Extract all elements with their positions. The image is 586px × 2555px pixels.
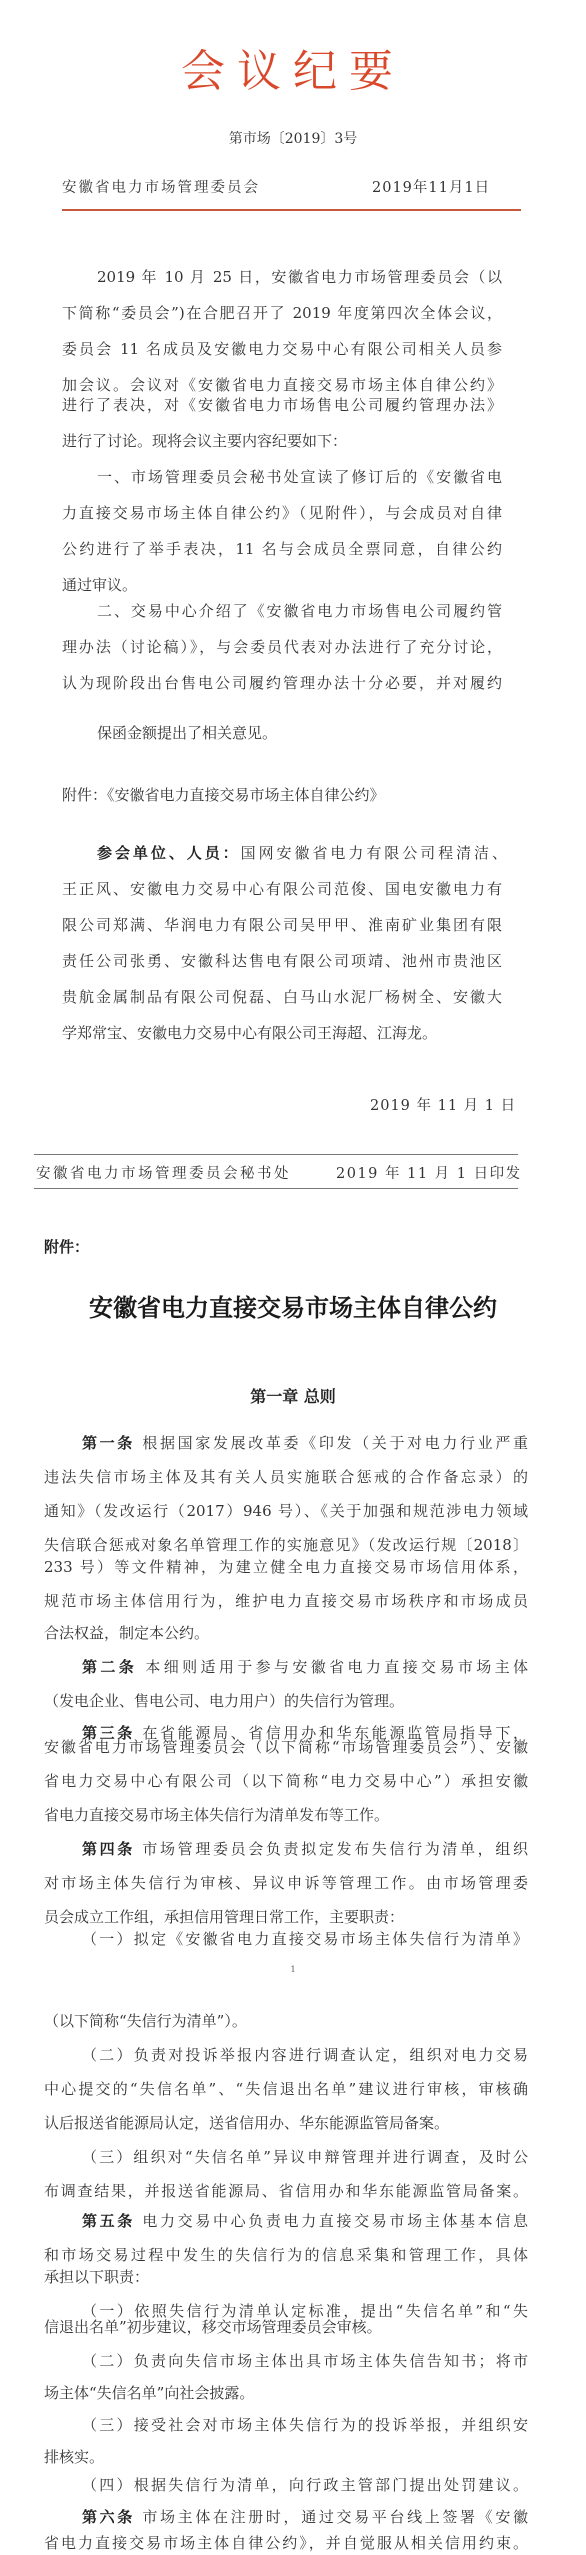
- article-3-line: 省电力交易中心有限公司（以下简称“电力交易中心”）承担安徽: [44, 1770, 528, 1792]
- attachment-note: 附件：《安徽省电力直接交易市场主体自律公约》: [62, 784, 502, 806]
- document-number: 第市场〔2019〕3号: [0, 128, 586, 148]
- article-6-line: 省电力直接交易市场主体自律公约》，并自觉服从相关信用约束。: [44, 2532, 528, 2554]
- article-5-line: 承担以下职责：: [44, 2266, 528, 2288]
- article-5-item-2: 场主体“失信名单”向社会披露。: [44, 2382, 528, 2404]
- attendees-text: 国网安徽省电力有限公司程清洁、: [241, 844, 507, 862]
- footer-issuer: 安徽省电力市场管理委员会秘书处: [36, 1162, 291, 1183]
- article-4-item-3: 布调查结果，并报送省能源局、省信用办和华东能源监管局备案。: [44, 2180, 528, 2202]
- article-1-line: 第一条 根据国家发展改革委《印发（关于对电力行业严重: [82, 1432, 528, 1454]
- article-5-item-4: （四）根据失信行为清单，向行政主管部门提出处罚建议。: [82, 2474, 528, 2496]
- item1-line: 通过审议。: [62, 574, 502, 596]
- article-4-line: 员会成立工作组，承担信用管理日常工作，主要职责：: [44, 1906, 528, 1928]
- article-1-line: 规范市场主体信用行为，维护电力直接交易市场秩序和市场成员: [44, 1590, 528, 1612]
- footer-issue-date: 2019 年 11 月 1 日印发: [336, 1162, 522, 1183]
- page-number: 1: [0, 1965, 586, 1974]
- article-4-item-2: 认后报送省能源局认定，送省信用办、华东能源监管局备案。: [44, 2112, 528, 2134]
- attachment-title: 安徽省电力直接交易市场主体自律公约: [0, 1288, 586, 1323]
- item2-line: 理办法（讨论稿）》，与会委员代表对办法进行了充分讨论，: [62, 636, 502, 658]
- attendees-line: 责任公司张勇、安徽科达售电有限公司项靖、池州市贵池区: [62, 950, 502, 972]
- attendees-line: 学郑常宝、安徽电力交易中心有限公司王海超、江海龙。: [62, 1022, 502, 1044]
- article-3-line: 省电力直接交易市场主体失信行为清单发布等工作。: [44, 1804, 528, 1826]
- item2-line: 认为现阶段出台售电公司履约管理办法十分必要，并对履约: [62, 672, 502, 694]
- attendees-label: 参会单位、人员：: [97, 844, 241, 862]
- article-4-item-1: （一）拟定《安徽省电力直接交易市场主体失信行为清单》: [82, 1928, 528, 1950]
- article-1-line: 失信联合惩戒对象名单管理工作的实施意见》（发改运行规〔2018〕: [44, 1534, 528, 1556]
- article-1-line: 通知》（发改运行（2017）946 号）、《关于加强和规范涉电力领域: [44, 1500, 528, 1522]
- intro-line: 2019 年 10 月 25 日，安徽省电力市场管理委员会（以: [97, 266, 502, 288]
- article-6-heading: 第六条: [82, 2508, 135, 2526]
- article-4-item-3: （三）组织对“失信名单”异议申辩管理并进行调查，及时公: [82, 2146, 528, 2168]
- article-3-line: 安徽省电力市场管理委员会（以下简称“市场管理委员会”）、安徽: [44, 1736, 528, 1758]
- article-4-item-1: （以下简称“失信行为清单”）。: [44, 2010, 528, 2032]
- intro-line: 加会议。会议对《安徽省电力直接交易市场主体自律公约》: [62, 374, 502, 396]
- article-1-line: 233 号）等文件精神，为建立健全电力直接交易市场信用体系，: [44, 1556, 528, 1578]
- article-5-line: 和市场交易过程中发生的失信行为的信息采集和管理工作，具体: [44, 2244, 528, 2266]
- article-4-item-2: 中心提交的“失信名单”、“失信退出名单”建议进行审核，审核确: [44, 2078, 528, 2100]
- document-title: 会议纪要: [0, 44, 586, 100]
- intro-line: 进行了讨论。现将会议主要内容纪要如下：: [62, 430, 502, 452]
- article-2-line: （发电企业、售电公司、电力用户）的失信行为管理。: [44, 1690, 528, 1712]
- article-6-line: 第六条 市场主体在注册时，通过交易平台线上签署《安徽: [82, 2506, 528, 2528]
- intro-line: 下简称“委员会”)在合肥召开了 2019 年度第四次全体会议，: [62, 302, 502, 324]
- attendees-first-line: 参会单位、人员：国网安徽省电力有限公司程清洁、: [97, 842, 507, 864]
- item1-line: 力直接交易市场主体自律公约》（见附件），与会成员对自律: [62, 502, 502, 524]
- item1-line: 一、市场管理委员会秘书处宣读了修订后的《安徽省电: [97, 466, 502, 488]
- article-5-heading: 第五条: [82, 2212, 135, 2230]
- item1-line: 公约进行了举手表决，11 名与会成员全票同意，自律公约: [62, 538, 502, 560]
- article-2-line: 第二条 本细则适用于参与安徽省电力直接交易市场主体: [82, 1656, 528, 1678]
- attendees-line: 限公司郑满、华润电力有限公司吴甲甲、淮南矿业集团有限: [62, 914, 502, 936]
- attendees-line: 王正风、安徽电力交易中心有限公司范俊、国电安徽电力有: [62, 878, 502, 900]
- attendees-line: 贵航金属制品有限公司倪磊、白马山水泥厂杨树全、安徽大: [62, 986, 502, 1008]
- footer-top-rule: [34, 1154, 518, 1155]
- article-5-item-3: （三）接受社会对市场主体失信行为的投诉举报，并组织安: [82, 2414, 528, 2436]
- article-4-item-2: （二）负责对投诉举报内容进行调查认定，组织对电力交易: [82, 2044, 528, 2066]
- article-4-line: 第四条 市场管理委员会负责拟定发布失信行为清单，组织: [82, 1838, 528, 1860]
- article-4-heading: 第四条: [82, 1840, 135, 1858]
- article-5-item-2: （二）负责向失信市场主体出具市场主体失信告知书；将市: [82, 2350, 528, 2372]
- article-5-item-1: 信退出名单”初步建议，移交市场管理委员会审核。: [44, 2316, 528, 2338]
- intro-line: 委员会 11 名成员及安徽电力交易中心有限公司相关人员参: [62, 338, 502, 360]
- article-4-line: 对市场主体失信行为审核、异议申诉等管理工作。由市场管理委: [44, 1872, 528, 1894]
- item2-line: 二、交易中心介绍了《安徽省电力市场售电公司履约管: [97, 600, 502, 622]
- article-1-line: 违法失信市场主体及其有关人员实施联合惩戒的合作备忘录）的: [44, 1466, 528, 1488]
- article-5-line: 第五条 电力交易中心负责电力直接交易市场主体基本信息: [82, 2210, 528, 2232]
- article-1-heading: 第一条: [82, 1434, 135, 1452]
- red-divider: [62, 209, 521, 211]
- sign-date: 2019 年 11 月 1 日: [370, 1094, 516, 1115]
- issuing-organization: 安徽省电力市场管理委员会: [62, 176, 260, 197]
- article-2-heading: 第二条: [82, 1658, 137, 1676]
- article-5-item-3: 排核实。: [44, 2446, 528, 2468]
- attachment-label: 附件：: [44, 1236, 89, 1257]
- item2-line: 保函金额提出了相关意见。: [97, 722, 502, 744]
- issue-date: 2019年11月1日: [372, 176, 490, 197]
- article-1-line: 合法权益，制定本公约。: [44, 1622, 528, 1644]
- intro-line: 进行了表决，对《安徽省电力市场售电公司履约管理办法》: [62, 394, 502, 416]
- chapter-title: 第一章 总则: [0, 1384, 586, 1407]
- footer-bottom-rule: [34, 1188, 518, 1189]
